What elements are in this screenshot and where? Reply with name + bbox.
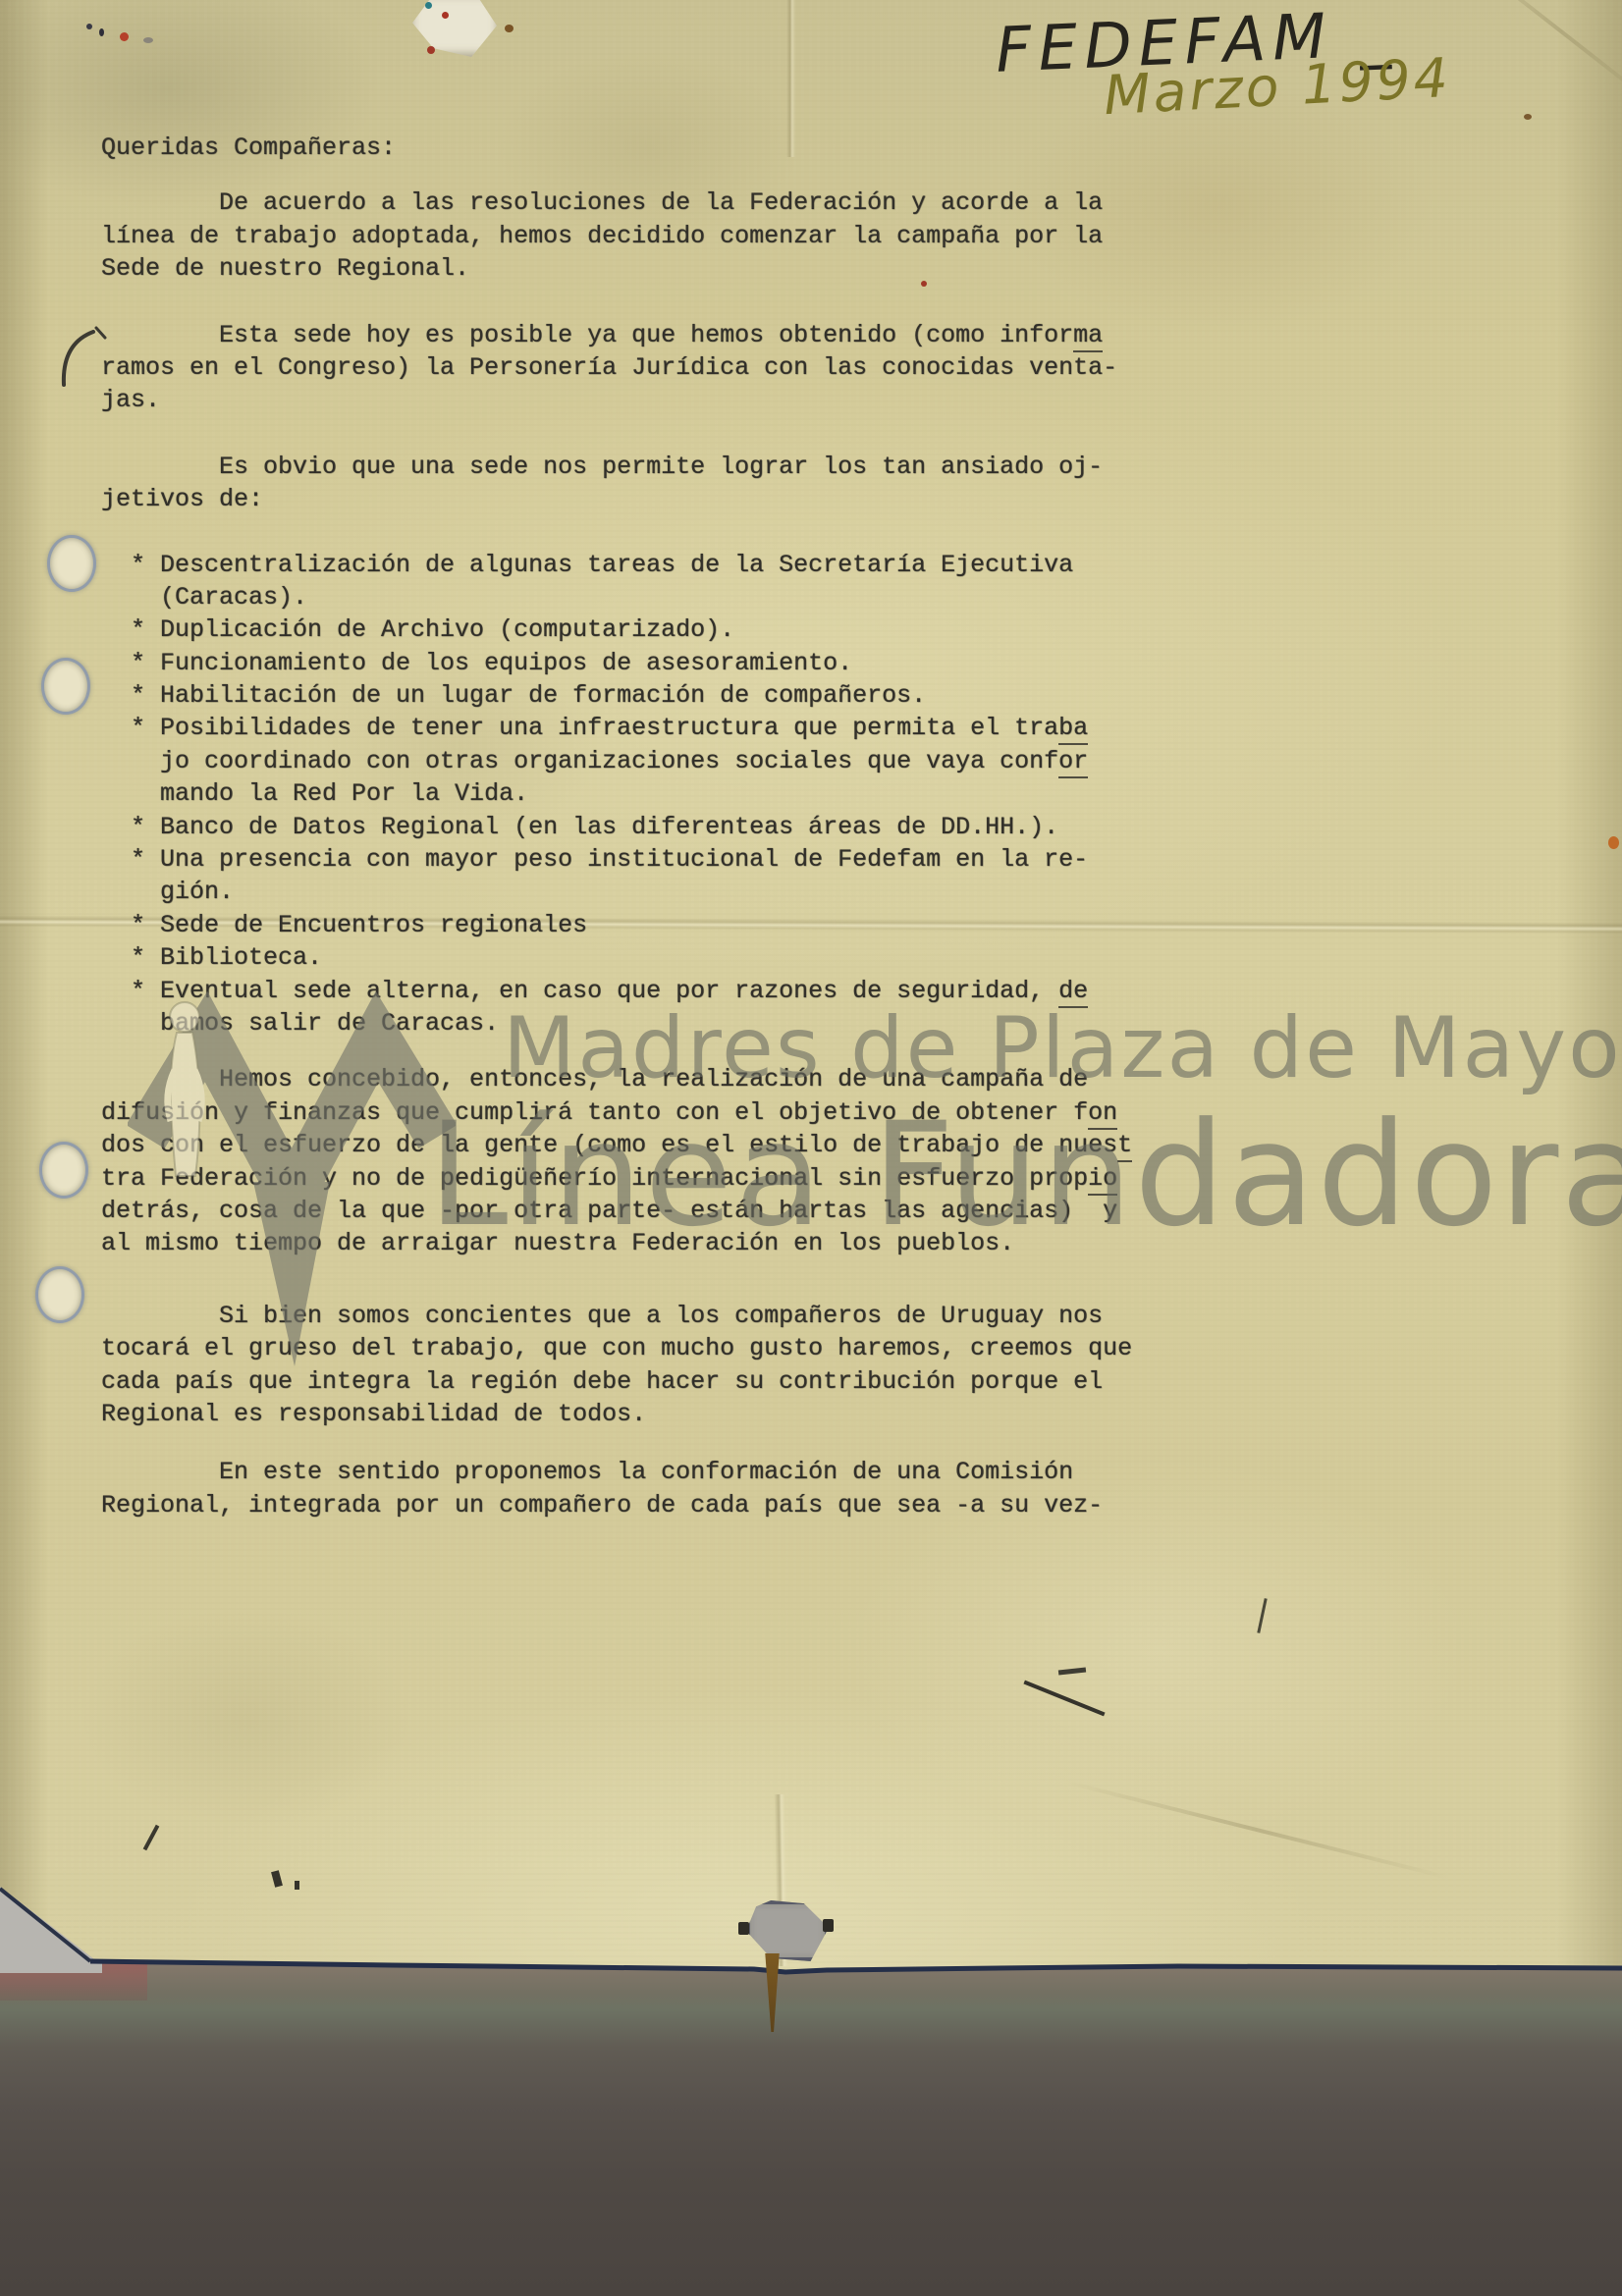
typed-line: * Posibilidades de tener una infraestruc… xyxy=(101,712,1260,744)
scanned-document-page: Queridas Compañeras: De acuerdo a las re… xyxy=(0,0,1622,2296)
paragraph-salutation: Queridas Compañeras: xyxy=(101,132,1260,164)
typed-line: Regional, integrada por un compañero de … xyxy=(101,1489,1260,1522)
tear-fragment xyxy=(738,1922,749,1935)
punch-hole xyxy=(35,1266,84,1323)
speck xyxy=(442,12,449,19)
speck xyxy=(505,25,514,32)
typed-line: * Duplicación de Archivo (computarizado)… xyxy=(101,614,1260,646)
speck xyxy=(1524,114,1532,120)
typed-line: cada país que integra la región debe hac… xyxy=(101,1365,1260,1398)
paragraph-p5: Si bien somos concientes que a los compa… xyxy=(101,1300,1260,1431)
typed-line: Si bien somos concientes que a los compa… xyxy=(101,1300,1260,1332)
paragraph-p3: Es obvio que una sede nos permite lograr… xyxy=(101,451,1260,516)
typed-line: difusión y finanzas que cumplirá tanto c… xyxy=(101,1096,1260,1129)
typed-line: Queridas Compañeras: xyxy=(101,132,1260,164)
typed-line: * Sede de Encuentros regionales xyxy=(101,909,1260,941)
scanner-background xyxy=(0,1959,1622,2296)
typed-line: * Habilitación de un lugar de formación … xyxy=(101,679,1260,712)
typed-line: De acuerdo a las resoluciones de la Fede… xyxy=(101,187,1260,219)
typed-line: jo coordinado con otras organizaciones s… xyxy=(101,745,1260,777)
paragraph-objectives: * Descentralización de algunas tareas de… xyxy=(101,549,1260,1041)
paragraph-p1: De acuerdo a las resoluciones de la Fede… xyxy=(101,187,1260,285)
typed-line: (Caracas). xyxy=(101,581,1260,614)
speck xyxy=(143,37,153,43)
typed-line: * Banco de Datos Regional (en las difere… xyxy=(101,811,1260,843)
typed-line: * Eventual sede alterna, en caso que por… xyxy=(101,975,1260,1007)
typed-line: * Una presencia con mayor peso instituci… xyxy=(101,843,1260,876)
speck xyxy=(120,32,129,41)
speck xyxy=(1608,836,1619,849)
punch-hole xyxy=(41,658,90,715)
typed-line: Regional es responsabilidad de todos. xyxy=(101,1398,1260,1430)
typed-line: tra Federación y no de pedigüeñerío inte… xyxy=(101,1162,1260,1195)
typed-line: detrás, cosa de la que -por otra parte- … xyxy=(101,1195,1260,1227)
typed-line: gión. xyxy=(101,876,1260,908)
tear-fragment xyxy=(823,1919,834,1932)
speck xyxy=(99,28,104,36)
typed-line: dos con el esfuerzo de la gente (como es… xyxy=(101,1129,1260,1161)
typed-line: Sede de nuestro Regional. xyxy=(101,252,1260,285)
typed-line: tocará el grueso del trabajo, que con mu… xyxy=(101,1332,1260,1364)
typed-line: * Descentralización de algunas tareas de… xyxy=(101,549,1260,581)
speck xyxy=(425,2,432,9)
speck xyxy=(86,24,92,29)
punch-hole xyxy=(39,1142,88,1199)
typed-line: al mismo tiempo de arraigar nuestra Fede… xyxy=(101,1227,1260,1259)
typed-line: Hemos concebido, entonces, la realizació… xyxy=(101,1063,1260,1095)
typed-line: En este sentido proponemos la conformaci… xyxy=(101,1456,1260,1488)
punch-hole xyxy=(47,535,96,592)
speck xyxy=(427,46,435,54)
typed-line: mando la Red Por la Vida. xyxy=(101,777,1260,810)
typed-line: Esta sede hoy es posible ya que hemos ob… xyxy=(101,319,1260,351)
typed-line: * Funcionamiento de los equipos de aseso… xyxy=(101,647,1260,679)
typed-line: línea de trabajo adoptada, hemos decidid… xyxy=(101,220,1260,252)
paragraph-p6: En este sentido proponemos la conformaci… xyxy=(101,1456,1260,1522)
scratch-mark xyxy=(295,1881,299,1890)
typed-line: jas. xyxy=(101,384,1260,416)
typed-line: bamos salir de Caracas. xyxy=(101,1007,1260,1040)
letter-body: Queridas Compañeras: De acuerdo a las re… xyxy=(101,132,1260,1522)
paragraph-p2: Esta sede hoy es posible ya que hemos ob… xyxy=(101,319,1260,417)
typed-line: jetivos de: xyxy=(101,483,1260,515)
paragraph-p4: Hemos concebido, entonces, la realizació… xyxy=(101,1063,1260,1259)
typed-line: ramos en el Congreso) la Personería Jurí… xyxy=(101,351,1260,384)
typed-line: * Biblioteca. xyxy=(101,941,1260,974)
typed-line: Es obvio que una sede nos permite lograr… xyxy=(101,451,1260,483)
